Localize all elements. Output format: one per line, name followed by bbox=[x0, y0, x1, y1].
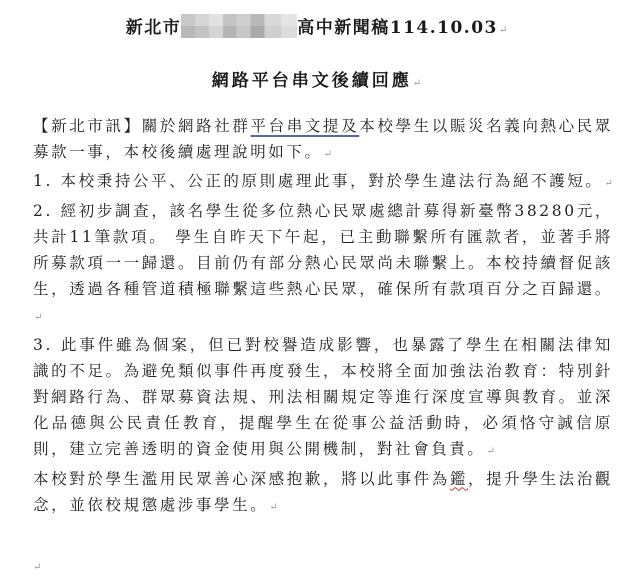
paragraph-intro: 【新北市訊】關於網路社群平台串文提及本校學生以賑災名義向熱心民眾募款一事，本校後… bbox=[33, 113, 613, 168]
document-body: 【新北市訊】關於網路社群平台串文提及本校學生以賑災名義向熱心民眾募款一事，本校後… bbox=[33, 113, 613, 521]
text-segment: 【新北市訊】關於網路社群 bbox=[33, 117, 251, 135]
text-segment: 1. 本校秉持公平、公正的原則處理此事，對於學生違法行為絕不護短。 bbox=[33, 172, 604, 190]
paragraph-mark-icon: ↵ bbox=[605, 178, 613, 189]
paragraph-mark-icon: ↵ bbox=[499, 25, 507, 36]
title-text: 網路平台串文後續回應 bbox=[212, 71, 412, 91]
paragraph-mark-icon: ↵ bbox=[269, 502, 277, 513]
paragraph-point-2: 2. 經初步調查，該名學生從多位熱心民眾處總計募得新臺幣38280元，共計11筆… bbox=[33, 198, 613, 332]
empty-paragraph-mark-icon: ↵ bbox=[33, 562, 41, 573]
document-page: 新北市高中新聞稿114.10.03↵ 網路平台串文後續回應↵ 【新北市訊】關於網… bbox=[0, 0, 633, 578]
redacted-school-name bbox=[181, 14, 297, 38]
document-title: 網路平台串文後續回應↵ bbox=[0, 68, 633, 97]
text-segment: 2. 經初步調查，該名學生從多位熱心民眾處總計募得新臺幣38280元，共計11筆… bbox=[33, 202, 613, 299]
paragraph-mark-icon: ↵ bbox=[413, 78, 421, 89]
underlined-phrase[interactable]: 平台串文提及 bbox=[251, 117, 360, 135]
paragraph-mark-icon: ↵ bbox=[34, 312, 42, 323]
paragraph-closing: 本校對於學生濫用民眾善心深感抱歉，將以此事件為鑑，提升學生法治觀念，並依校規懲處… bbox=[33, 466, 613, 521]
paragraph-mark-icon: ↵ bbox=[324, 149, 332, 160]
paragraph-point-1: 1. 本校秉持公平、公正的原則處理此事，對於學生違法行為絕不護短。↵ bbox=[33, 168, 613, 197]
paragraph-point-3: 3. 此事件雖為個案，但已對校譽造成影響，也暴露了學生在相關法律知識的不足。為避… bbox=[33, 332, 613, 466]
text-segment: 3. 此事件雖為個案，但已對校譽造成影響，也暴露了學生在相關法律知識的不足。為避… bbox=[33, 336, 613, 459]
press-release-header: 新北市高中新聞稿114.10.03↵ bbox=[0, 14, 633, 44]
header-suffix-date: 高中新聞稿114.10.03 bbox=[297, 18, 498, 38]
spellcheck-flagged-word[interactable]: 鑑 bbox=[450, 470, 468, 488]
paragraph-mark-icon: ↵ bbox=[487, 446, 495, 457]
text-segment: 本校對於學生濫用民眾善心深感抱歉，將以此事件為 bbox=[33, 470, 450, 488]
header-city-prefix: 新北市 bbox=[126, 18, 182, 38]
